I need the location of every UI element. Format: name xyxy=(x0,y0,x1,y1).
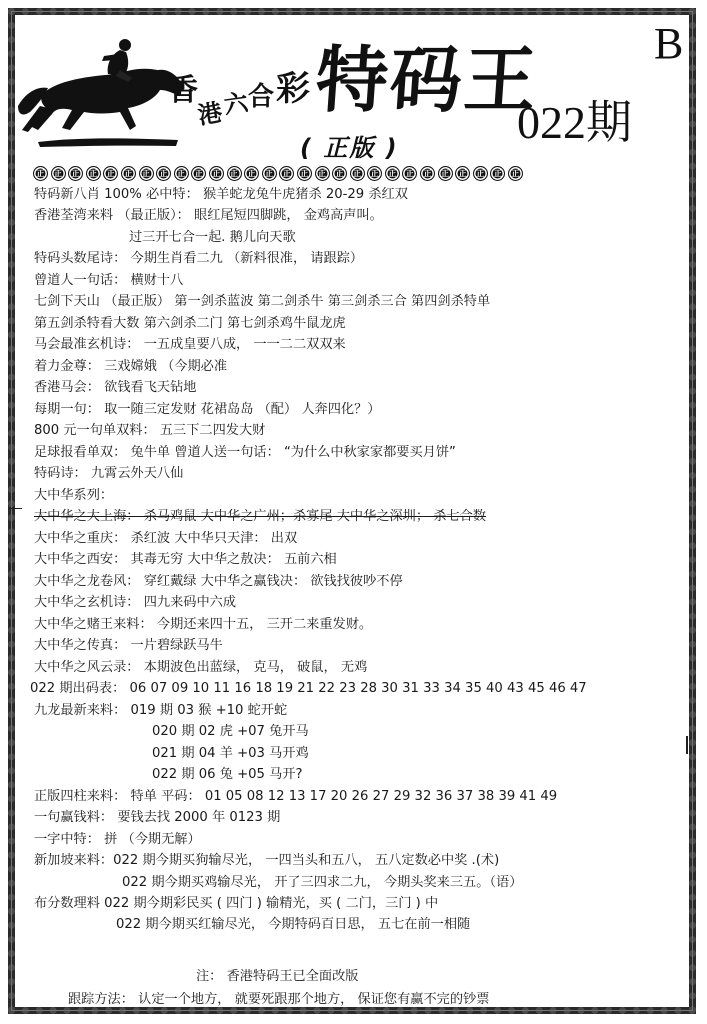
content-line: 特码头数尾诗： 今期生肖看二九 （新料很准， 请跟踪） xyxy=(34,250,363,267)
content-line: 足球报看单双： 兔牛单 曾道人送一句话： “为什么中秋家家都要买月饼” xyxy=(34,444,456,461)
content-line: 大中华之传真： 一片碧绿跃马牛 xyxy=(34,637,223,654)
zheng-coin-icon: 正 xyxy=(367,166,382,181)
content-line: 大中华之龙卷风： 穿红戴绿 大中华之赢钱决： 欲钱找彼吵不停 xyxy=(34,573,403,590)
zheng-coin-icon: 正 xyxy=(191,166,206,181)
content-line: 大中华系列： xyxy=(34,487,113,504)
content-line: 022 期出码表： 06 07 09 10 11 16 18 19 21 22 … xyxy=(30,680,587,697)
content-line: 香港马会： 欲钱看飞天钻地 xyxy=(34,379,196,396)
margin-mark xyxy=(8,508,22,509)
zheng-coin-icon: 正 xyxy=(385,166,400,181)
zheng-coin-icon: 正 xyxy=(332,166,347,181)
content-line: 一句赢钱料： 要钱去找 2000 年 0123 期 xyxy=(34,809,280,826)
footer-tracking-method: 跟踪方法： 认定一个地方， 就要死跟那个地方， 保证您有赢不完的钞票 xyxy=(68,988,489,1007)
edition-letter: B xyxy=(654,22,683,66)
zheng-coin-icon: 正 xyxy=(68,166,83,181)
content-line: 大中华之风云录： 本期波色出蓝绿， 克马， 破鼠， 无鸡 xyxy=(34,659,367,676)
content-line: 特码诗： 九霄云外天八仙 xyxy=(34,465,183,482)
content-line: 马会最准玄机诗： 一五成皇要八成， 一一二二双双来 xyxy=(34,336,346,353)
content-line: 着力金尊： 三戏嫦娥 （今期必准 xyxy=(34,358,227,375)
content-line: 新加坡来料：022 期今期买狗输尽光， 一四当头和五八， 五八定数必中奖 .(术… xyxy=(34,852,499,869)
zheng-coin-icon: 正 xyxy=(455,166,470,181)
zheng-coin-icon: 正 xyxy=(33,166,48,181)
content-line: 大中华之赌王来料： 今期还来四十五， 三开二来重发财。 xyxy=(34,616,372,633)
content-line: 大中华之大上海： 杀马鸡鼠 大中华之广州；杀寡尾 大中华之深圳； 杀七合数 xyxy=(34,508,486,525)
zheng-coin-icon: 正 xyxy=(209,166,224,181)
content-line: 020 期 02 虎 +07 兔开马 xyxy=(152,723,309,740)
content-line: 022 期今期买鸡输尽光， 开了三四求二九， 今期头奖来三五。（语） xyxy=(122,874,522,891)
content-line: 大中华之重庆： 杀红波 大中华只天津： 出双 xyxy=(34,530,297,547)
content-line: 曾道人一句话： 横财十八 xyxy=(34,272,183,289)
zheng-coin-icon: 正 xyxy=(156,166,171,181)
zheng-coin-icon: 正 xyxy=(420,166,435,181)
content-line: 九龙最新来料： 019 期 03 猴 +10 蛇开蛇 xyxy=(34,702,287,719)
title-char-cai: 彩 xyxy=(276,72,310,106)
zheng-coin-icon: 正 xyxy=(350,166,365,181)
subtitle-official-edition: ( 正版 ) xyxy=(300,136,399,160)
zheng-coin-icon: 正 xyxy=(508,166,523,181)
content-line: 正版四柱来料： 特单 平码： 01 05 08 12 13 17 20 26 2… xyxy=(34,788,557,805)
content-line: 一字中特： 拼 （今期无解） xyxy=(34,831,201,848)
content-line: 七剑下天山 （最正版） 第一剑杀蓝波 第二剑杀牛 第三剑杀三合 第四剑杀特单 xyxy=(34,293,490,310)
zheng-coin-icon: 正 xyxy=(473,166,488,181)
zheng-coin-icon: 正 xyxy=(121,166,136,181)
content-line: 布分数理料 022 期今期彩民买 ( 四门 ) 输精光，买 ( 二门，三门 ) … xyxy=(34,895,438,912)
content-line: 021 期 04 羊 +03 马开鸡 xyxy=(152,745,309,762)
content-line: 大中华之西安： 其毒无穷 大中华之敖决： 五前六相 xyxy=(34,551,337,568)
content-line: 022 期 06 兔 +05 马开? xyxy=(152,766,303,783)
zheng-coin-icon: 正 xyxy=(438,166,453,181)
issue-number: 022期 xyxy=(517,100,632,146)
content-line: 每期一句： 取一随三定发财 花裙岛岛 （配） 人奔四化？） xyxy=(34,401,380,418)
zheng-coin-icon: 正 xyxy=(297,166,312,181)
content-line: 800 元一句单双料： 五三下二四发大财 xyxy=(34,422,265,439)
page-title: 特码王 xyxy=(313,44,540,116)
content-line: 022 期今期买红输尽光， 今期特码百日思， 五七在前一相随 xyxy=(116,916,470,933)
zheng-coin-icon: 正 xyxy=(402,166,417,181)
coin-row: 正正正正正正正正正正正正正正正正正正正正正正正正正正正正 xyxy=(33,166,523,181)
zheng-coin-icon: 正 xyxy=(174,166,189,181)
content-line: 香港荃湾来料 （最正版）： 眼红尾短四脚跳， 金鸡高声叫。 xyxy=(34,207,383,224)
margin-mark xyxy=(686,736,688,754)
zheng-coin-icon: 正 xyxy=(244,166,259,181)
zheng-coin-icon: 正 xyxy=(103,166,118,181)
zheng-coin-icon: 正 xyxy=(315,166,330,181)
zheng-coin-icon: 正 xyxy=(86,166,101,181)
zheng-coin-icon: 正 xyxy=(490,166,505,181)
zheng-coin-icon: 正 xyxy=(227,166,242,181)
content-line: 第五剑杀特看大数 第六剑杀二门 第七剑杀鸡牛鼠龙虎 xyxy=(34,315,346,332)
footer-note: 注： 香港特码王已全面改版 xyxy=(196,965,358,984)
content-line: 大中华之玄机诗： 四九来码中六成 xyxy=(34,594,236,611)
content-line: 特码新八肖 100% 必中特： 猴羊蛇龙兔牛虎猪杀 20-29 杀红双 xyxy=(34,186,408,203)
title-char-gang: 港 xyxy=(196,100,224,128)
title-char-liu: 六 xyxy=(222,90,249,117)
zheng-coin-icon: 正 xyxy=(139,166,154,181)
content-line: 过三开七合一起. 鹅儿向天歌 xyxy=(129,229,296,246)
title-char-he: 合 xyxy=(248,84,274,110)
zheng-coin-icon: 正 xyxy=(279,166,294,181)
zheng-coin-icon: 正 xyxy=(51,166,66,181)
title-char-xiang: 香 xyxy=(168,76,198,106)
zheng-coin-icon: 正 xyxy=(262,166,277,181)
